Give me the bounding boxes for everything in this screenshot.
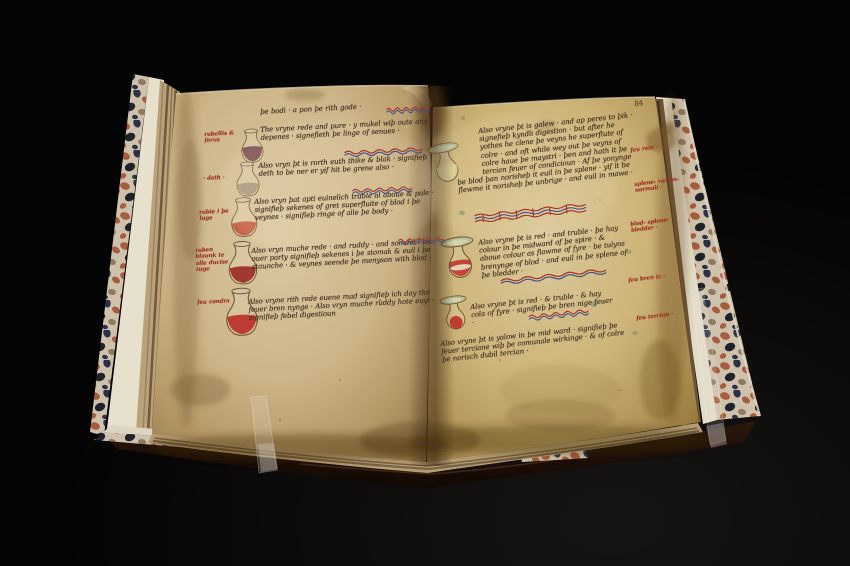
pen-flourish-icon <box>352 181 413 202</box>
pen-flourish-icon <box>386 101 431 121</box>
manuscript-book <box>0 0 850 566</box>
flask-label-3: rubie i þe luge <box>199 208 232 222</box>
flask-label-4: ruben blaunk te alle ducise tuge <box>195 246 236 273</box>
photo-stage: þe bodi · a pon þe rith gode · The vryne… <box>0 0 850 566</box>
pen-flourish-icon <box>398 232 445 252</box>
folio-number: 84 <box>634 99 643 108</box>
flask-wrap-spacer <box>444 303 473 332</box>
flask-label-1: rubellis & ferus <box>204 130 243 145</box>
flask-wrap-spacer <box>448 239 482 278</box>
